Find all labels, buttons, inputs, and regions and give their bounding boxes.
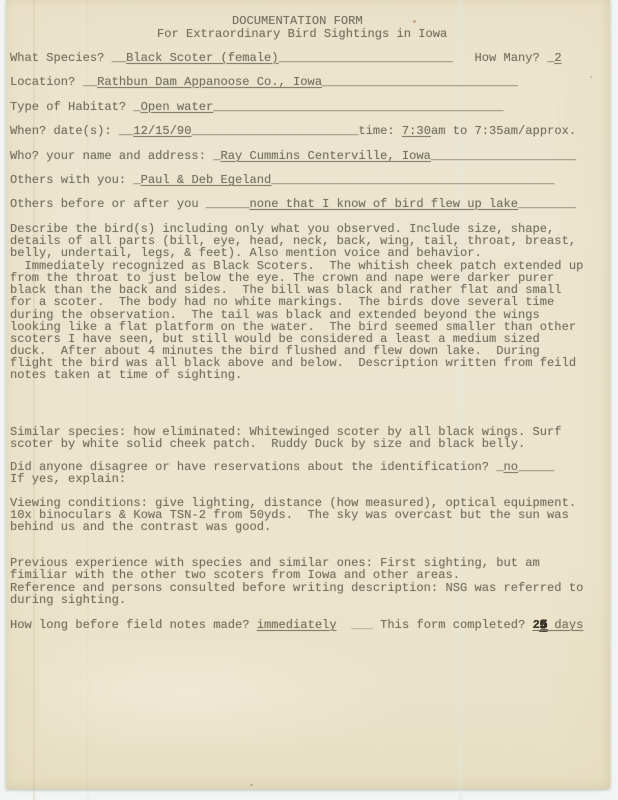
location-field: Location? __Rathbun Dam Appanoose Co., I… [10,76,518,88]
similar-species-2: scoter by white solid cheek patch. Ruddy… [10,438,525,450]
others-before-field: Others before or after you ______none th… [10,198,576,210]
scanned-document: DOCUMENTATION FORMFor Extraordinary Bird… [0,0,618,800]
describe-prompt-3: belly, undertail, legs, & feet). Also me… [10,247,482,259]
title-line: DOCUMENTATION FORM [232,15,363,27]
viewing-answer-2: behind us and the contrast was good. [10,521,271,533]
observer-field: Who? your name and address: _Ray Cummins… [10,150,576,162]
subtitle-line: For Extraordinary Bird Sightings in Iowa [157,28,447,40]
date-time-field: When? date(s): __12/15/90_______________… [10,125,576,137]
reference-line-2: during sighting. [10,594,126,606]
habitat-field: Type of Habitat? _Open water____________… [10,101,504,113]
field-notes-line: How long before field notes made? immedi… [10,619,583,631]
experience-line-2: fimiliar with the other two scoters from… [10,569,460,581]
description-line-4: for a scoter. The body had no white mark… [10,296,554,308]
form-lines: DOCUMENTATION FORMFor Extraordinary Bird… [0,0,618,800]
if-yes-prompt: If yes, explain: [10,473,126,485]
species-field: What Species? __Black Scoter (female)___… [10,52,562,64]
others-with-field: Others with you: _Paul & Deb Egeland____… [10,174,554,186]
description-line-10: notes taken at time of sighting. [10,369,242,381]
